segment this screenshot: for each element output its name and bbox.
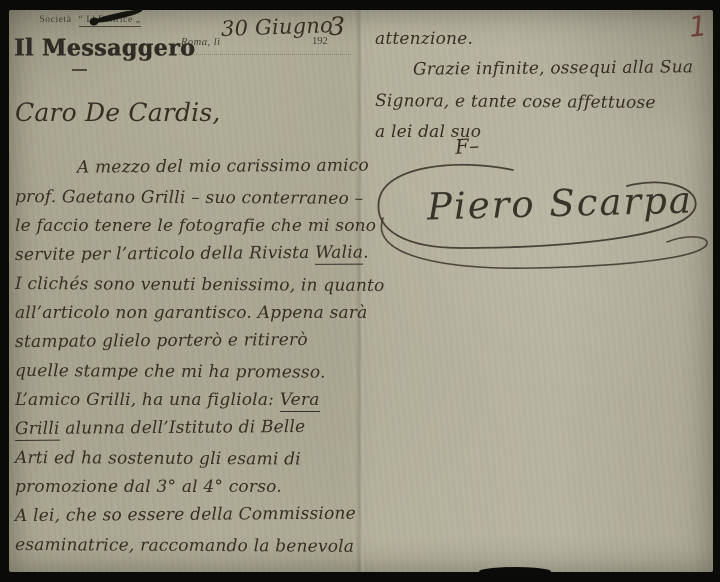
scan-border-blob	[479, 567, 551, 576]
line-text: le faccio tenere le fotografie che mi so…	[15, 216, 376, 236]
handwriting-line: I clichés sono venuti benissimo, in quan…	[15, 270, 369, 301]
handwriting-line: servite per l’articolo della Rivista Wal…	[15, 239, 369, 270]
line-text: esaminatrice, raccomando la benevola	[15, 535, 354, 557]
line-text: promozione dal 3° al 4° corso.	[15, 477, 282, 497]
handwriting-line: L’amico Grilli, ha una figliola: Vera	[15, 386, 369, 415]
handwriting-line: esaminatrice, raccomando la benevola	[15, 531, 369, 562]
line-text: I clichés sono venuti benissimo, in quan…	[15, 274, 385, 296]
handwriting-line: attenzione.	[375, 24, 713, 55]
handwriting-line: a lei dal suo	[375, 117, 713, 148]
underlined-word: Grilli	[15, 419, 60, 441]
line-text: L’amico Grilli, ha una figliola:	[15, 390, 280, 410]
handwriting-line: quelle stampe che mi ha promesso.	[15, 357, 369, 388]
handwriting-line: promozione dal 3° al 4° corso.	[15, 473, 369, 502]
line-text: quelle stampe che mi ha promesso.	[15, 361, 326, 383]
line-text: attenzione.	[375, 29, 473, 49]
handwriting-line: stampato glielo porterò e ritirerò	[15, 326, 369, 357]
printed-year: 192	[312, 36, 328, 47]
signature-name: Piero Scarpa	[426, 179, 693, 229]
masthead-dash	[72, 69, 87, 71]
letter-body-right: attenzione. Grazie infinite, ossequi all…	[375, 24, 713, 148]
signature-block: Piero Scarpa	[365, 156, 715, 282]
handwriting-line: Arti ed ha sostenuto gli esami di	[15, 444, 369, 475]
masthead-title: Il Messaggero	[14, 34, 195, 61]
line-text: Grazie infinite, ossequi alla Sua	[413, 57, 693, 79]
line-text: Arti ed ha sostenuto gli esami di	[15, 448, 301, 469]
handwriting-line: Grazie infinite, ossequi alla Sua	[375, 52, 713, 86]
letter-body-left: A mezzo del mio carissimo amico prof. Ga…	[15, 154, 369, 560]
handwriting-line: prof. Gaetano Grilli – suo conterraneo –	[15, 183, 369, 214]
line-text: Signora, e tante cose affettuose	[375, 91, 656, 113]
line-text: stampato glielo porterò e ritirerò	[15, 330, 308, 352]
underlined-word: Vera	[280, 390, 320, 412]
closing-flourish: F–	[454, 133, 480, 159]
page-number: 1	[687, 9, 708, 44]
handwritten-year-digit: 3	[329, 12, 345, 41]
line-text: A lei, che so essere della Commissione	[15, 504, 356, 526]
underlined-word: Walia	[315, 243, 363, 265]
society-name: Società	[39, 15, 71, 25]
line-text: A mezzo del mio carissimo amico	[77, 156, 369, 178]
line-text: servite per l’articolo della Rivista	[15, 243, 315, 265]
handwriting-line: A lei, che so essere della Commissione	[15, 500, 369, 531]
date-rule	[179, 54, 351, 55]
salutation: Caro De Cardis,	[15, 98, 221, 127]
place-label: Roma, lì	[181, 37, 221, 48]
line-text: alunna dell’Istituto di Belle	[60, 417, 306, 439]
handwriting-line: Grilli alunna dell’Istituto di Belle	[15, 413, 369, 444]
handwriting-line: A mezzo del mio carissimo amico	[15, 152, 369, 183]
handwriting-line: all’articolo non garantisco. Appena sarà	[15, 299, 369, 328]
line-text: all’articolo non garantisco. Appena sarà	[15, 303, 368, 323]
handwriting-line: Signora, e tante cose affettuose	[375, 86, 713, 119]
handwriting-line: le faccio tenere le fotografie che mi so…	[15, 212, 369, 241]
line-text: prof. Gaetano Grilli – suo conterraneo –	[15, 187, 363, 209]
scanned-letter-paper: Società“ L’ Editrice „ Il Messaggero Rom…	[9, 10, 713, 572]
